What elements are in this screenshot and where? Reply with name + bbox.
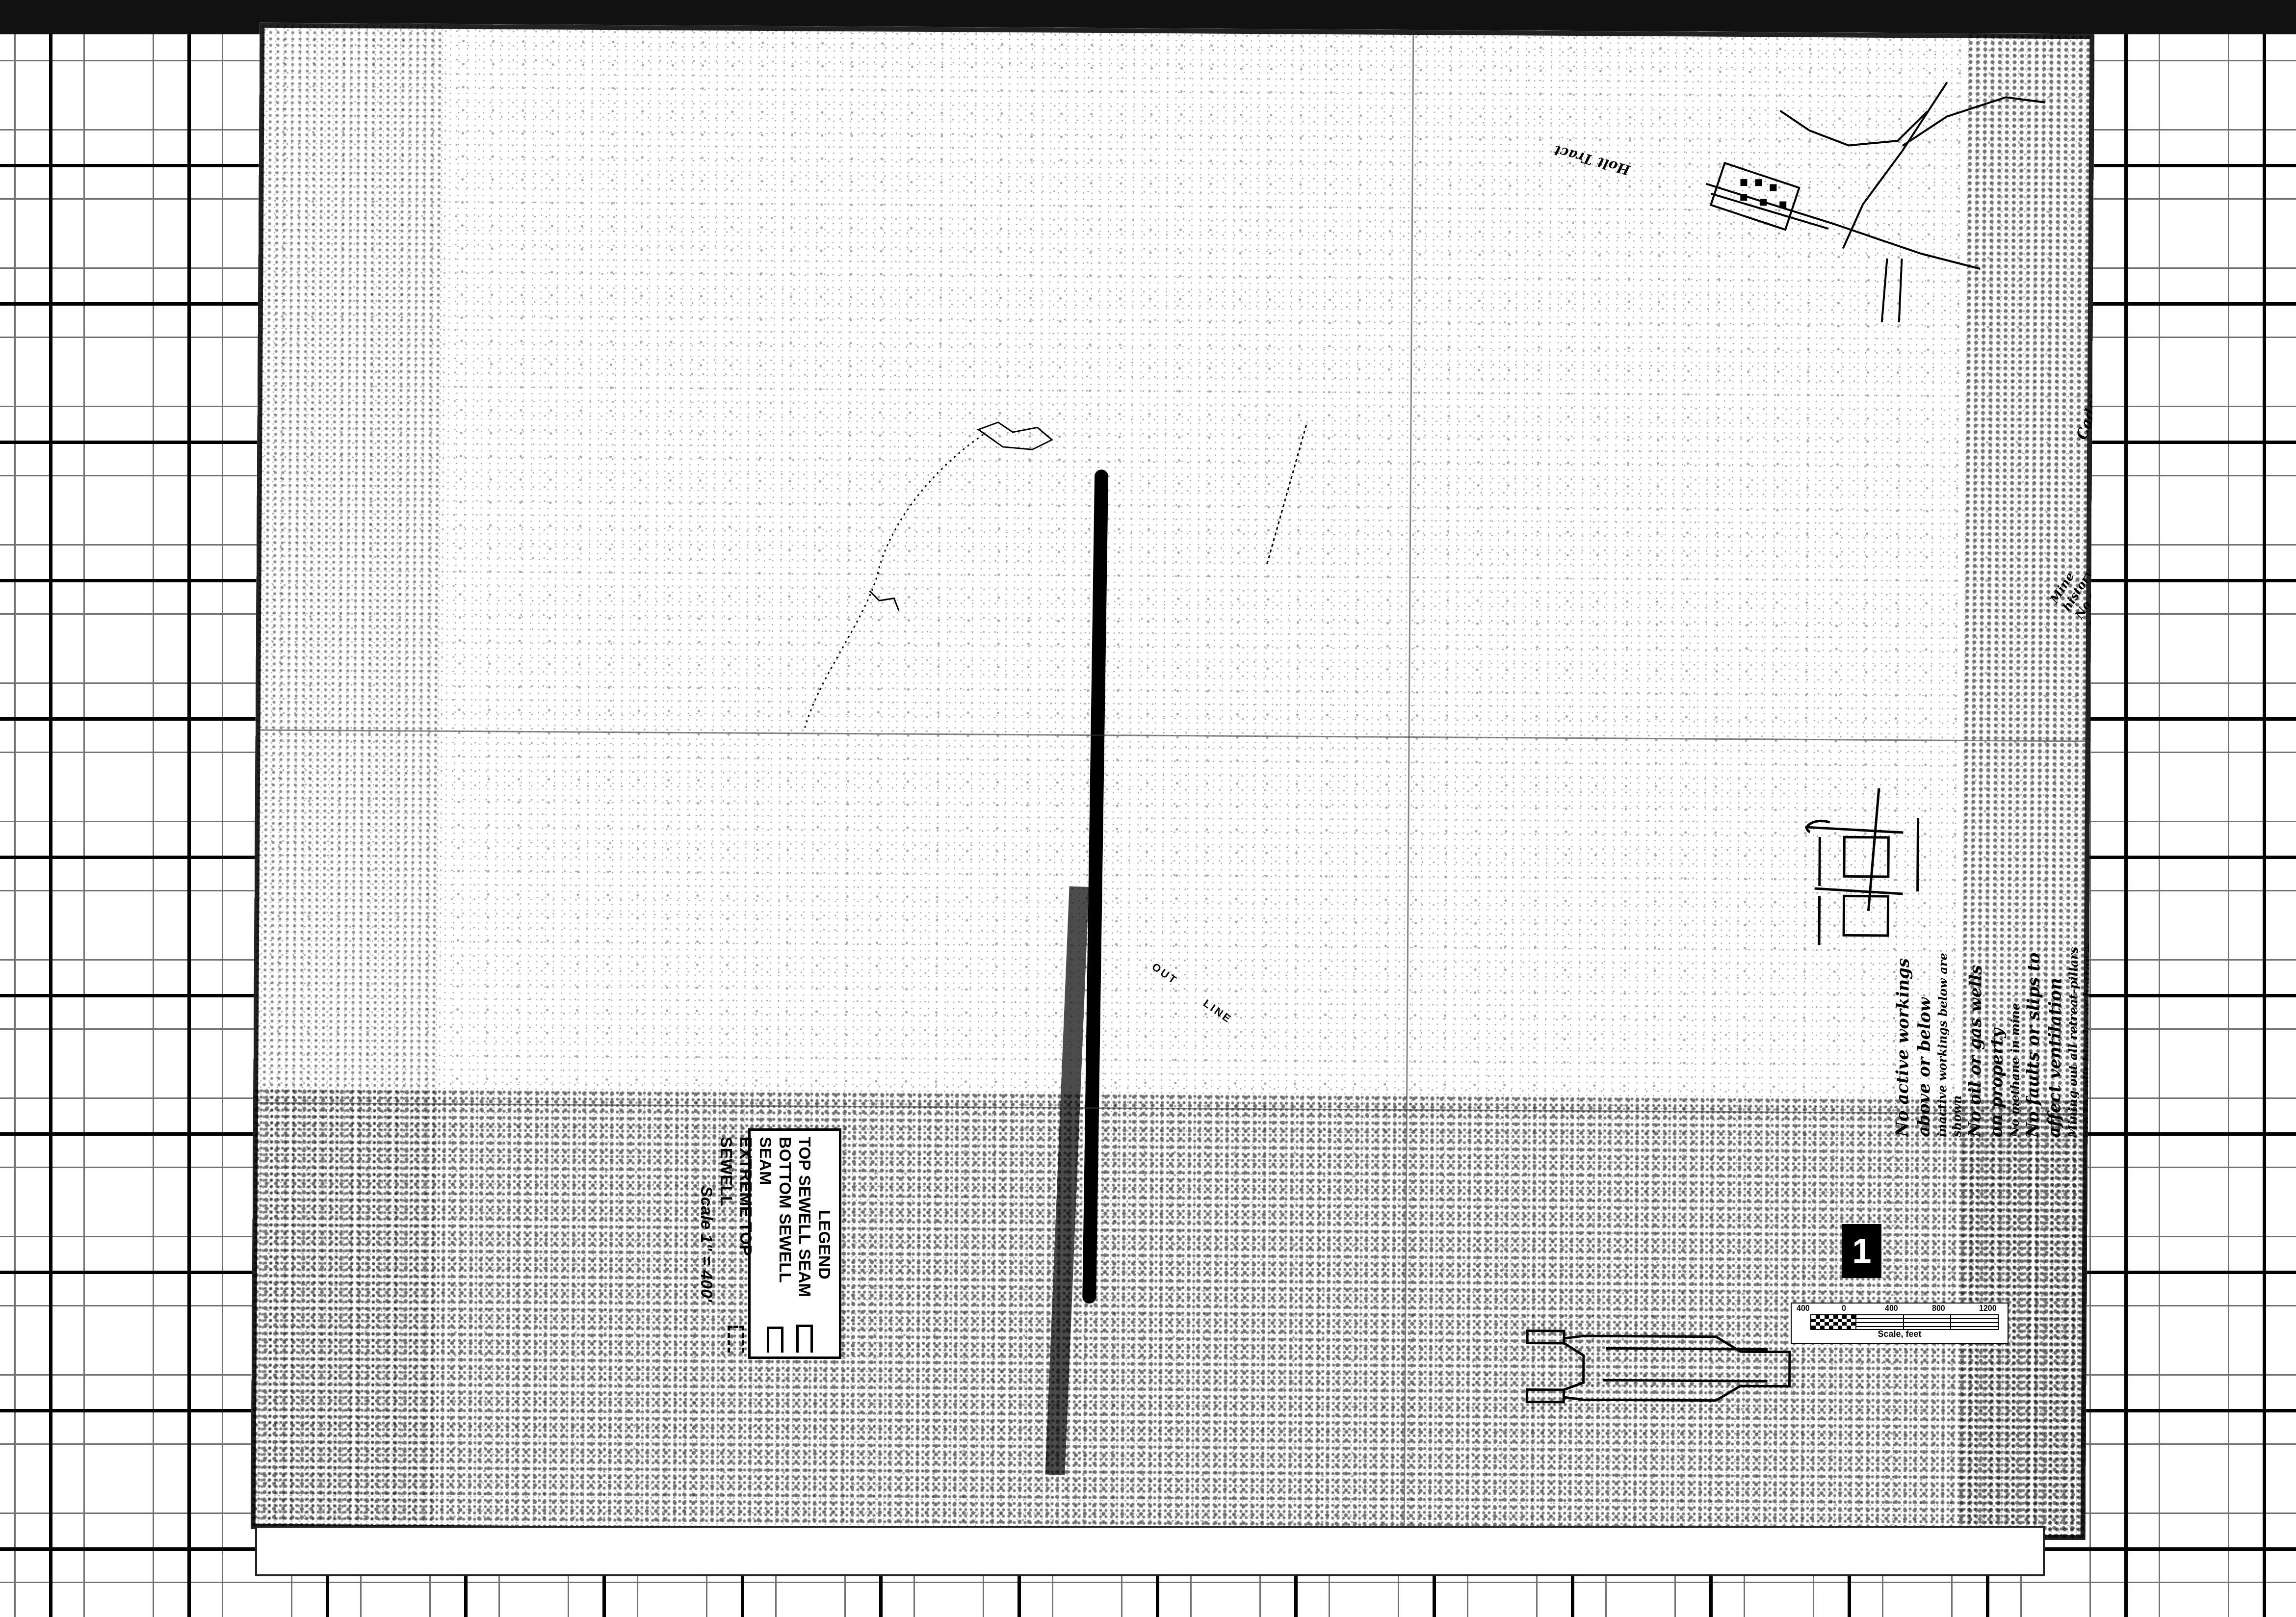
legend-entry-label: TOP SEWELL SEAM (795, 1137, 814, 1297)
note-line: No active workings above or below (1892, 940, 1936, 1137)
solid-outline-icon (796, 1325, 813, 1353)
legend-entry-label: BOTTOM SEWELL SEAM (756, 1137, 795, 1322)
scale-tick: 1200 (1979, 1304, 1997, 1313)
map-legend: LEGEND TOP SEWELL SEAM BOTTOM SEWELL SEA… (748, 1128, 841, 1359)
scale-bar: 400 0 400 800 1200 Scale, feet (1791, 1303, 2009, 1344)
scale-segment (1903, 1315, 1951, 1329)
scale-tick: 0 (1842, 1304, 1846, 1313)
scale-title: Scale, feet (1792, 1329, 2008, 1339)
mine-notes: No active workings above or below inacti… (1892, 940, 2095, 1138)
scale-tick: 400 (1885, 1304, 1898, 1313)
legend-title: LEGEND (814, 1137, 834, 1353)
sheet-number-tag: 1 (1842, 1224, 1881, 1278)
legend-scale: Scale 1" = 400' (697, 1137, 716, 1353)
scale-tick: 800 (1932, 1304, 1945, 1313)
solid-outline-icon (767, 1327, 783, 1353)
note-line: No oil or gas wells on property (1964, 941, 2009, 1138)
note-line: inactive workings below are shown (1935, 941, 1965, 1137)
scale-segment (1855, 1315, 1903, 1329)
dashed-outline-icon (728, 1326, 744, 1353)
scale-checker-segment (1811, 1315, 1855, 1329)
scale-tick: 400 (1797, 1304, 1810, 1313)
note-line: No methane in mine (2008, 941, 2023, 1137)
scale-segment (1950, 1315, 1998, 1329)
legend-entry: TOP SEWELL SEAM (795, 1137, 814, 1353)
note-line: No faults or slips to affect ventilation (2022, 941, 2066, 1138)
legend-entry: EXTREME TOP SEWELL (716, 1137, 756, 1353)
legend-entry-label: EXTREME TOP SEWELL (716, 1137, 756, 1321)
sheet-bottom-strip (255, 1526, 2045, 1576)
legend-entry: BOTTOM SEWELL SEAM (756, 1137, 795, 1353)
